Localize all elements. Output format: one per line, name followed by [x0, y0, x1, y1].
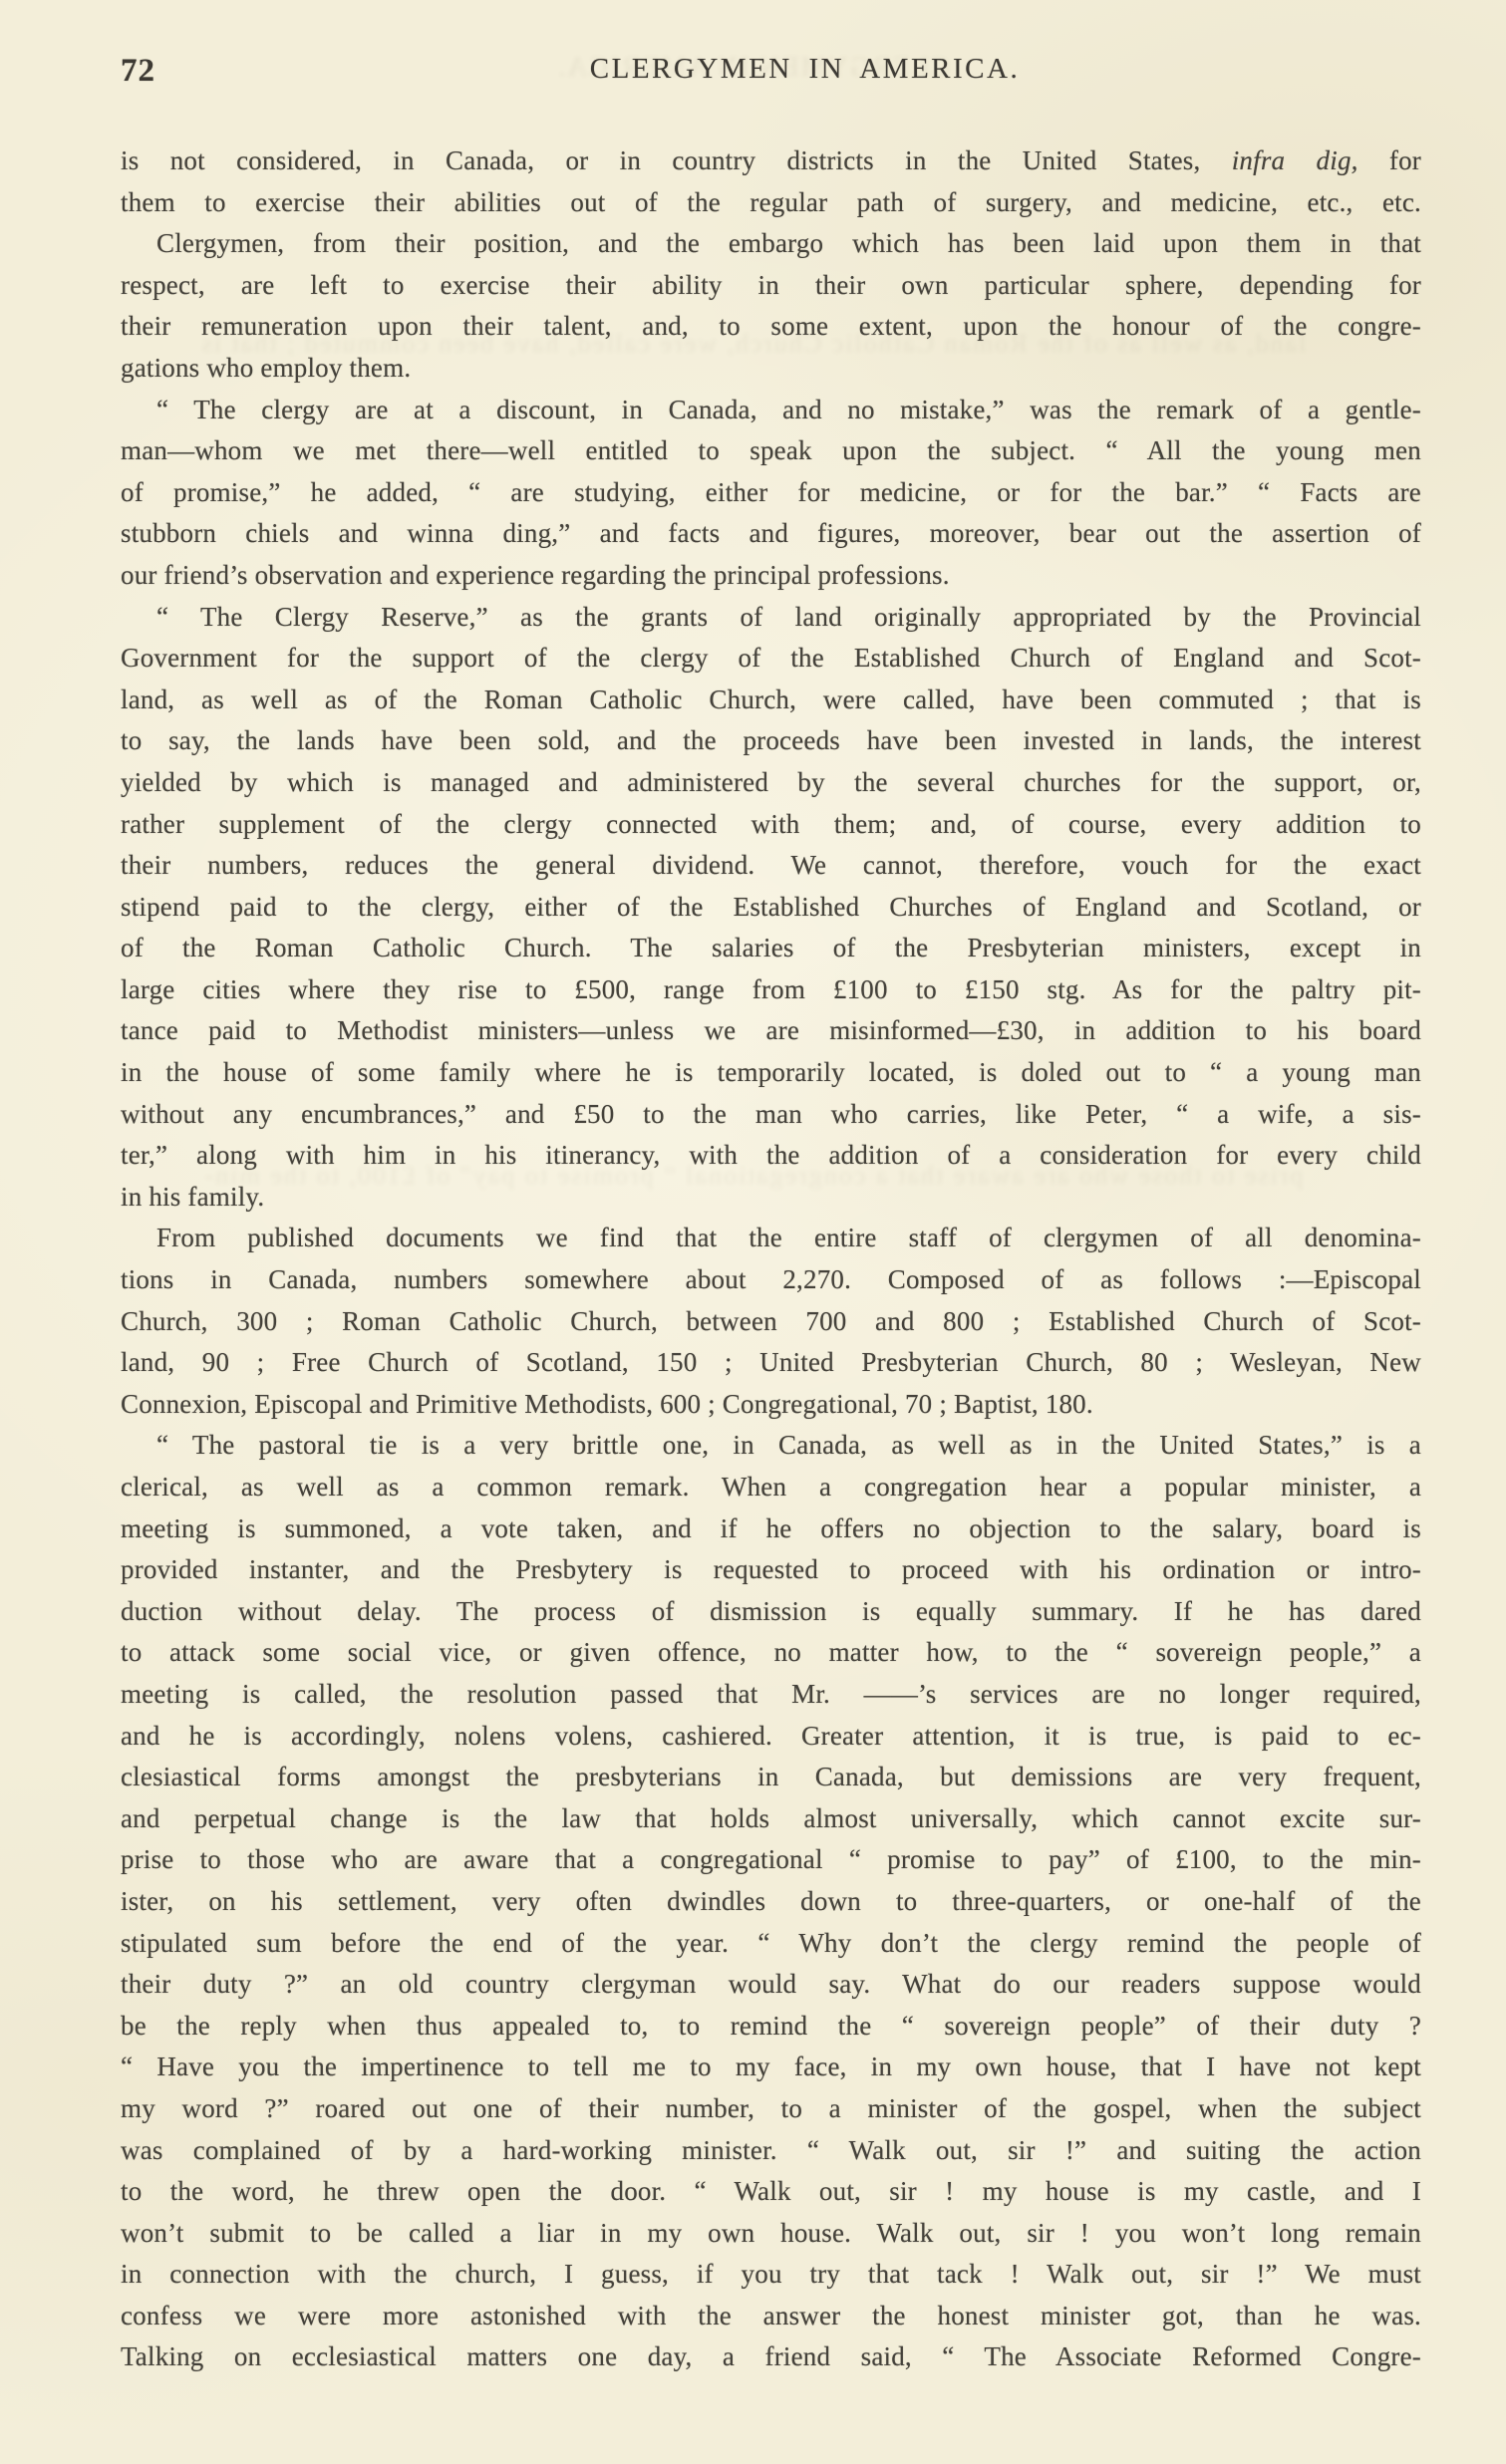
text-line: in connection with the church, I guess, …	[121, 2254, 1421, 2296]
text-line: land, 90 ; Free Church of Scotland, 150 …	[121, 1342, 1421, 1384]
text-line: and perpetual change is the law that hol…	[121, 1798, 1421, 1840]
text-run: respect, are left to exercise their abil…	[121, 270, 1421, 300]
text-run: meeting is called, the resolution passed…	[121, 1679, 1421, 1709]
text-line: large cities where they rise to £500, ra…	[121, 969, 1421, 1011]
text-line: respect, are left to exercise their abil…	[121, 265, 1421, 307]
text-run: of promise,” he added, “ are studying, e…	[121, 477, 1421, 507]
paragraph: “ The pastoral tie is a very brittle one…	[121, 1425, 1421, 2378]
text-run: “ The pastoral tie is a very brittle one…	[156, 1430, 1421, 1460]
text-run: to attack some social vice, or given off…	[121, 1637, 1421, 1667]
text-line: gations who employ them.	[121, 348, 1421, 390]
text-run: rather supplement of the clergy connecte…	[121, 809, 1421, 839]
text-run: “ The Clergy Reserve,” as the grants of …	[156, 602, 1421, 632]
text-line: “ The clergy are at a discount, in Canad…	[121, 390, 1421, 431]
text-run: gations who employ them.	[121, 353, 411, 383]
text-line: From published documents we find that th…	[121, 1218, 1421, 1259]
text-run: be the reply when thus appealed to, to r…	[121, 2011, 1421, 2041]
text-line: man—whom we met there—well entitled to s…	[121, 430, 1421, 472]
text-run: duction without delay. The process of di…	[121, 1596, 1421, 1626]
text-line: Church, 300 ; Roman Catholic Church, bet…	[121, 1301, 1421, 1343]
text-run: their numbers, reduces the general divid…	[121, 850, 1421, 880]
text-run: tance paid to Methodist ministers—unless…	[121, 1015, 1421, 1045]
book-page-scan: CLERGYMEN IN AMERICA. land, as well as o…	[0, 0, 1506, 2464]
text-run: stipend paid to the clergy, either of th…	[121, 892, 1421, 922]
text-line: their remuneration upon their talent, an…	[121, 306, 1421, 348]
text-run: in connection with the church, I guess, …	[121, 2259, 1421, 2289]
text-run: and perpetual change is the law that hol…	[121, 1803, 1421, 1833]
page-header: 72 CLERGYMEN IN AMERICA.	[121, 53, 1421, 91]
text-block: 72 CLERGYMEN IN AMERICA. is not consider…	[121, 53, 1421, 2378]
text-line: rather supplement of the clergy connecte…	[121, 804, 1421, 846]
text-line: to say, the lands have been sold, and th…	[121, 720, 1421, 762]
text-line: ister, on his settlement, very often dwi…	[121, 1881, 1421, 1923]
text-run: our friend’s observation and experience …	[121, 560, 950, 590]
running-title: CLERGYMEN IN AMERICA.	[121, 53, 1421, 86]
text-run: land, as well as of the Roman Catholic C…	[121, 684, 1421, 714]
text-line: clerical, as well as a common remark. Wh…	[121, 1467, 1421, 1508]
text-run: yielded by which is managed and administ…	[121, 767, 1421, 797]
text-run: and he is accordingly, nolens volens, ca…	[121, 1721, 1421, 1751]
text-run: From published documents we find that th…	[156, 1223, 1421, 1252]
text-run: in his family.	[121, 1182, 264, 1212]
text-run: clesiastical forms amongst the presbyter…	[121, 1762, 1421, 1791]
text-line: tions in Canada, numbers somewhere about…	[121, 1259, 1421, 1301]
text-run: Church, 300 ; Roman Catholic Church, bet…	[121, 1306, 1421, 1336]
paragraph: “ The clergy are at a discount, in Canad…	[121, 390, 1421, 597]
text-run: large cities where they rise to £500, ra…	[121, 974, 1421, 1004]
text-line: meeting is summoned, a vote taken, and i…	[121, 1508, 1421, 1550]
text-run: ister, on his settlement, very often dwi…	[121, 1886, 1421, 1916]
paragraph: “ The Clergy Reserve,” as the grants of …	[121, 597, 1421, 1219]
text-line: without any encumbrances,” and £50 to th…	[121, 1094, 1421, 1136]
text-line: prise to those who are aware that a cong…	[121, 1839, 1421, 1881]
text-run: stubborn chiels and winna ding,” and fac…	[121, 518, 1421, 548]
text-run: their duty ?” an old country clergyman w…	[121, 1969, 1421, 1999]
text-run: my word ?” roared out one of their numbe…	[121, 2093, 1421, 2123]
text-line: “ The pastoral tie is a very brittle one…	[121, 1425, 1421, 1467]
paragraph: Clergymen, from their position, and the …	[121, 223, 1421, 389]
text-run: is not considered, in Canada, or in coun…	[121, 145, 1232, 175]
text-line: duction without delay. The process of di…	[121, 1591, 1421, 1633]
text-line: Connexion, Episcopal and Primitive Metho…	[121, 1384, 1421, 1426]
text-run: clerical, as well as a common remark. Wh…	[121, 1472, 1421, 1502]
text-line: tance paid to Methodist ministers—unless…	[121, 1010, 1421, 1052]
text-run: to the word, he threw open the door. “ W…	[121, 2176, 1421, 2206]
text-line: their numbers, reduces the general divid…	[121, 845, 1421, 887]
text-run: confess we were more astonished with the…	[121, 2301, 1421, 2330]
italic-text-run: infra dig,	[1232, 145, 1358, 175]
text-run: prise to those who are aware that a cong…	[121, 1844, 1421, 1874]
text-run: of the Roman Catholic Church. The salari…	[121, 933, 1421, 962]
text-line: in his family.	[121, 1177, 1421, 1219]
text-run: meeting is summoned, a vote taken, and i…	[121, 1513, 1421, 1543]
text-run: Clergymen, from their position, and the …	[156, 228, 1421, 258]
text-run: to say, the lands have been sold, and th…	[121, 725, 1421, 755]
text-run: man—whom we met there—well entitled to s…	[121, 435, 1421, 465]
text-line: of promise,” he added, “ are studying, e…	[121, 472, 1421, 514]
text-line: confess we were more astonished with the…	[121, 2296, 1421, 2337]
text-line: meeting is called, the resolution passed…	[121, 1674, 1421, 1716]
page-body: is not considered, in Canada, or in coun…	[121, 140, 1421, 2378]
text-line: to the word, he threw open the door. “ W…	[121, 2171, 1421, 2213]
text-line: clesiastical forms amongst the presbyter…	[121, 1757, 1421, 1798]
text-line: ter,” along with him in his itinerancy, …	[121, 1135, 1421, 1177]
text-run: land, 90 ; Free Church of Scotland, 150 …	[121, 1347, 1421, 1377]
text-line: “ Have you the impertinence to tell me t…	[121, 2047, 1421, 2088]
text-run: stipulated sum before the end of the yea…	[121, 1928, 1421, 1958]
text-line: “ The Clergy Reserve,” as the grants of …	[121, 597, 1421, 639]
text-run: “ Have you the impertinence to tell me t…	[121, 2052, 1421, 2081]
text-run: was complained of by a hard-working mini…	[121, 2135, 1421, 2165]
text-line: of the Roman Catholic Church. The salari…	[121, 928, 1421, 969]
text-line: them to exercise their abilities out of …	[121, 182, 1421, 224]
page-number: 72	[121, 53, 155, 90]
text-line: Government for the support of the clergy…	[121, 638, 1421, 680]
text-run: “ The clergy are at a discount, in Canad…	[156, 395, 1421, 424]
text-line: be the reply when thus appealed to, to r…	[121, 2006, 1421, 2048]
text-run: in the house of some family where he is …	[121, 1057, 1421, 1087]
text-line: is not considered, in Canada, or in coun…	[121, 140, 1421, 182]
text-line: their duty ?” an old country clergyman w…	[121, 1964, 1421, 2006]
text-line: our friend’s observation and experience …	[121, 555, 1421, 597]
paragraph: From published documents we find that th…	[121, 1218, 1421, 1425]
text-line: to attack some social vice, or given off…	[121, 1632, 1421, 1674]
text-run: won’t submit to be called a liar in my o…	[121, 2218, 1421, 2248]
paragraph: is not considered, in Canada, or in coun…	[121, 140, 1421, 223]
text-run: them to exercise their abilities out of …	[121, 187, 1421, 217]
text-run: Connexion, Episcopal and Primitive Metho…	[121, 1389, 1093, 1419]
text-line: my word ?” roared out one of their numbe…	[121, 2088, 1421, 2130]
text-run: their remuneration upon their talent, an…	[121, 311, 1421, 341]
text-run: Government for the support of the clergy…	[121, 643, 1421, 673]
text-line: won’t submit to be called a liar in my o…	[121, 2213, 1421, 2255]
text-run: Talking on ecclesiastical matters one da…	[121, 2341, 1421, 2371]
text-line: land, as well as of the Roman Catholic C…	[121, 680, 1421, 721]
text-line: Talking on ecclesiastical matters one da…	[121, 2336, 1421, 2378]
text-line: was complained of by a hard-working mini…	[121, 2130, 1421, 2172]
text-line: yielded by which is managed and administ…	[121, 762, 1421, 804]
text-line: Clergymen, from their position, and the …	[121, 223, 1421, 265]
text-line: stipulated sum before the end of the yea…	[121, 1923, 1421, 1965]
text-run: without any encumbrances,” and £50 to th…	[121, 1099, 1421, 1129]
text-run: tions in Canada, numbers somewhere about…	[121, 1264, 1421, 1294]
text-line: stubborn chiels and winna ding,” and fac…	[121, 513, 1421, 555]
text-line: and he is accordingly, nolens volens, ca…	[121, 1716, 1421, 1758]
text-line: provided instanter, and the Presbytery i…	[121, 1549, 1421, 1591]
text-run: for	[1358, 145, 1421, 175]
text-line: stipend paid to the clergy, either of th…	[121, 887, 1421, 929]
text-line: in the house of some family where he is …	[121, 1052, 1421, 1094]
text-run: ter,” along with him in his itinerancy, …	[121, 1140, 1421, 1170]
text-run: provided instanter, and the Presbytery i…	[121, 1554, 1421, 1584]
